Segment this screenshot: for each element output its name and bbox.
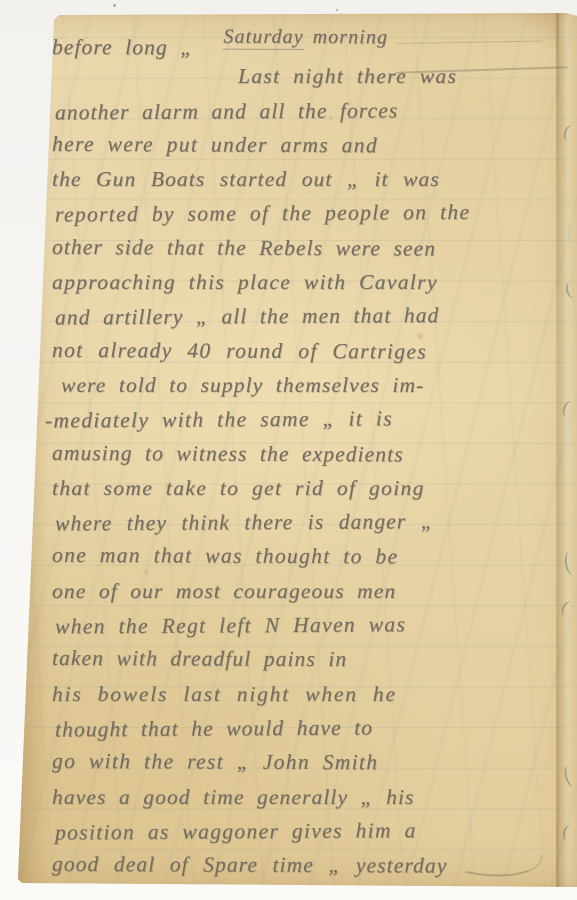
letter-line: where they think there is danger „ [55, 504, 546, 541]
adjacent-writing-mark [564, 280, 577, 299]
letter-line: and artillery „ all the men that had [55, 298, 546, 335]
heading-day: Saturday [223, 26, 303, 50]
letter-line: here were put under arms and [52, 127, 546, 163]
letter-line: not already 40 round of Cartriges [52, 333, 546, 369]
adjacent-writing-mark [562, 764, 577, 789]
letter-line: were told to supply themselves im- [61, 368, 546, 402]
adjacent-writing-mark [560, 399, 577, 419]
letter-line: amusing to witness the expedients [52, 435, 546, 471]
letter-text: before long „ Saturdaymorning Last night… [52, 25, 546, 882]
letter-line: another alarm and all the forces [55, 92, 546, 129]
letter-line: go with the rest „ John Smith [52, 744, 546, 780]
letter-line: the Gun Boats started out „ it was [52, 162, 546, 196]
adjacent-writing-mark [559, 599, 577, 620]
dust-speck [113, 4, 116, 7]
dust-speck [336, 9, 338, 11]
letter-line: that some take to get rid of going [52, 471, 546, 505]
page-edge-shading [18, 13, 48, 887]
heading-time: morning [313, 26, 389, 48]
adjacent-writing-mark [563, 550, 577, 576]
letter-line: -mediately with the same „ it is [45, 401, 546, 438]
letter-page: before long „ Saturdaymorning Last night… [18, 13, 577, 887]
letter-line: before long „ Saturdaymorning [52, 24, 546, 60]
scan-background: before long „ Saturdaymorning Last night… [0, 0, 577, 900]
letter-line: his bowels last night when he [52, 677, 546, 711]
date-heading: Saturdaymorning [223, 20, 388, 55]
letter-line: thought that he would have to [55, 709, 546, 746]
letter-line: one man that was thought to be [52, 538, 546, 574]
letter-line: approaching this place with Cavalry [52, 265, 546, 299]
opening-phrase: before long „ [52, 30, 194, 65]
letter-line: one of our most courageous men [52, 574, 546, 608]
letter-line: other side that the Rebels were seen [52, 230, 546, 266]
letter-line: reported by some of the people on the [55, 195, 546, 232]
letter-line: haves a good time generally „ his [52, 780, 546, 814]
adjacent-writing-mark [562, 124, 577, 144]
heading-underline-stroke [396, 41, 542, 44]
adjacent-page-sliver [559, 13, 577, 887]
letter-line: taken with dreadful pains in [52, 641, 546, 677]
adjacent-writing-mark [562, 824, 577, 843]
letter-line: when the Regt left N Haven was [55, 607, 546, 644]
letter-line: Last night there was [238, 59, 546, 93]
